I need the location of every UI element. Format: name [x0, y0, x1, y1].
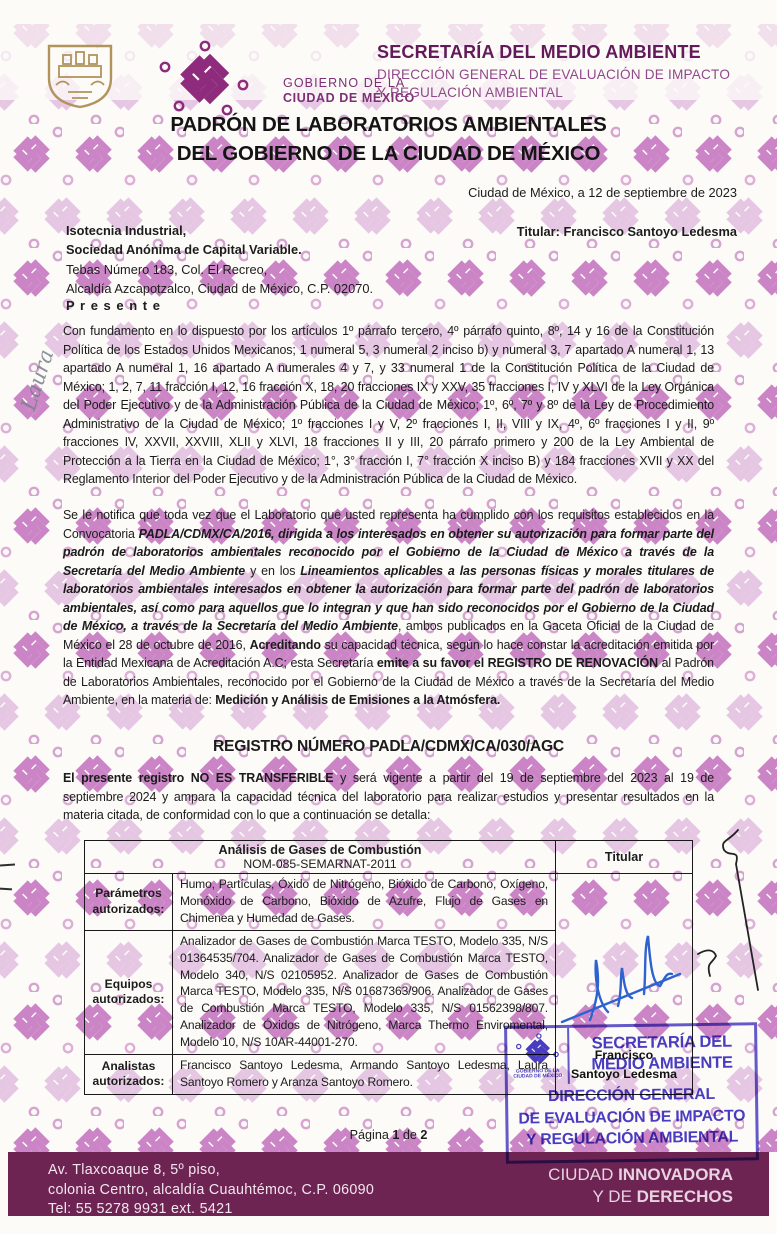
stamp-top-row: GOBIERNO DE LA CIUDAD DE MÉXICO SECRETAR… [507, 1025, 755, 1084]
stamp-line2: MEDIO AMBIENTE [569, 1052, 754, 1076]
stamp-line1: SECRETARÍA DEL [569, 1031, 754, 1055]
footer-address: Av. Tlaxcoaque 8, 5º piso,colonia Centro… [48, 1161, 374, 1220]
stamp-line5: Y REGULACIÓN AMBIENTAL [509, 1126, 756, 1151]
stamp-caption: GOBIERNO DE LA CIUDAD DE MÉXICO [513, 1068, 562, 1080]
stamp-logo-box: GOBIERNO DE LA CIUDAD DE MÉXICO [507, 1028, 570, 1085]
official-stamp: GOBIERNO DE LA CIUDAD DE MÉXICO SECRETAR… [504, 1022, 759, 1164]
date-line: Ciudad de México, a 12 de septiembre de … [468, 185, 737, 200]
equipment-content: Analizador de Gases de Combustión Marca … [173, 931, 556, 1055]
document-title: PADRÓN DE LABORATORIOS AMBIENTALES DEL G… [63, 110, 714, 168]
secretariat-title: SECRETARÍA DEL MEDIO AMBIENTE [377, 42, 763, 63]
table-header-analysis: Análisis de Gases de Combustión NOM-085-… [85, 841, 556, 874]
stamp-caption-line2: CIUDAD DE MÉXICO [513, 1074, 562, 1080]
analysts-content: Francisco Santoyo Ledesma, Armando Santo… [173, 1055, 556, 1094]
direction-line2: Y REGULACIÓN AMBIENTAL [377, 84, 763, 102]
parameters-label: Parámetros autorizados: [85, 874, 173, 931]
stamp-head: SECRETARÍA DEL MEDIO AMBIENTE [569, 1025, 755, 1084]
validity-paragraph: El presente registro NO ES TRANSFERIBLE … [63, 769, 714, 825]
notification-paragraph: Se le notifica que toda vez que el Labor… [63, 506, 714, 710]
stamp-cdmx-logo-icon [515, 1033, 559, 1070]
analysts-label: Analistas autorizados: [85, 1055, 173, 1094]
titular-signature [556, 926, 690, 1034]
document-page: GOBIERNO DE LA CIUDAD DE MÉXICO SECRETAR… [0, 0, 777, 1234]
registry-number-heading: REGISTRO NÚMERO PADLA/CDMX/CA/030/AGC [63, 738, 714, 756]
equipment-label: Equipos autorizados: [85, 931, 173, 1055]
cdmx-logo-icon [152, 40, 256, 118]
parameters-content: Humo, Partículas, Óxido de Nitrógeno, Bi… [173, 874, 556, 931]
presente-label: P r e s e n t e [66, 298, 161, 313]
stamp-direction-lines: DIRECCIÓN GENERAL DE EVALUACIÓN DE IMPAC… [508, 1083, 756, 1151]
document-title-line2: DEL GOBIERNO DE LA CIUDAD DE MÉXICO [63, 139, 714, 168]
table-header-norm: NOM-085-SEMARNAT-2011 [89, 857, 551, 871]
secretariat-direction: DIRECCIÓN GENERAL DE EVALUACIÓN DE IMPAC… [377, 66, 763, 101]
legal-basis-paragraph: Con fundamento en lo dispuesto por los a… [63, 322, 714, 489]
document-title-line1: PADRÓN DE LABORATORIOS AMBIENTALES [63, 110, 714, 139]
table-header-titular: Titular [556, 841, 692, 874]
coat-of-arms-icon [44, 42, 116, 110]
titular-line: Titular: Francisco Santoyo Ledesma [517, 224, 737, 239]
footer-slogan: CIUDAD INNOVADORAY DE DERECHOS [548, 1164, 733, 1208]
direction-line1: DIRECCIÓN GENERAL DE EVALUACIÓN DE IMPAC… [377, 66, 763, 84]
table-header-title: Análisis de Gases de Combustión [89, 843, 551, 857]
pen-stroke-mark [688, 826, 777, 1010]
addressee-block: Isotecnia Industrial,Sociedad Anónima de… [66, 221, 373, 298]
secretariat-header: SECRETARÍA DEL MEDIO AMBIENTE DIRECCIÓN … [377, 42, 763, 101]
